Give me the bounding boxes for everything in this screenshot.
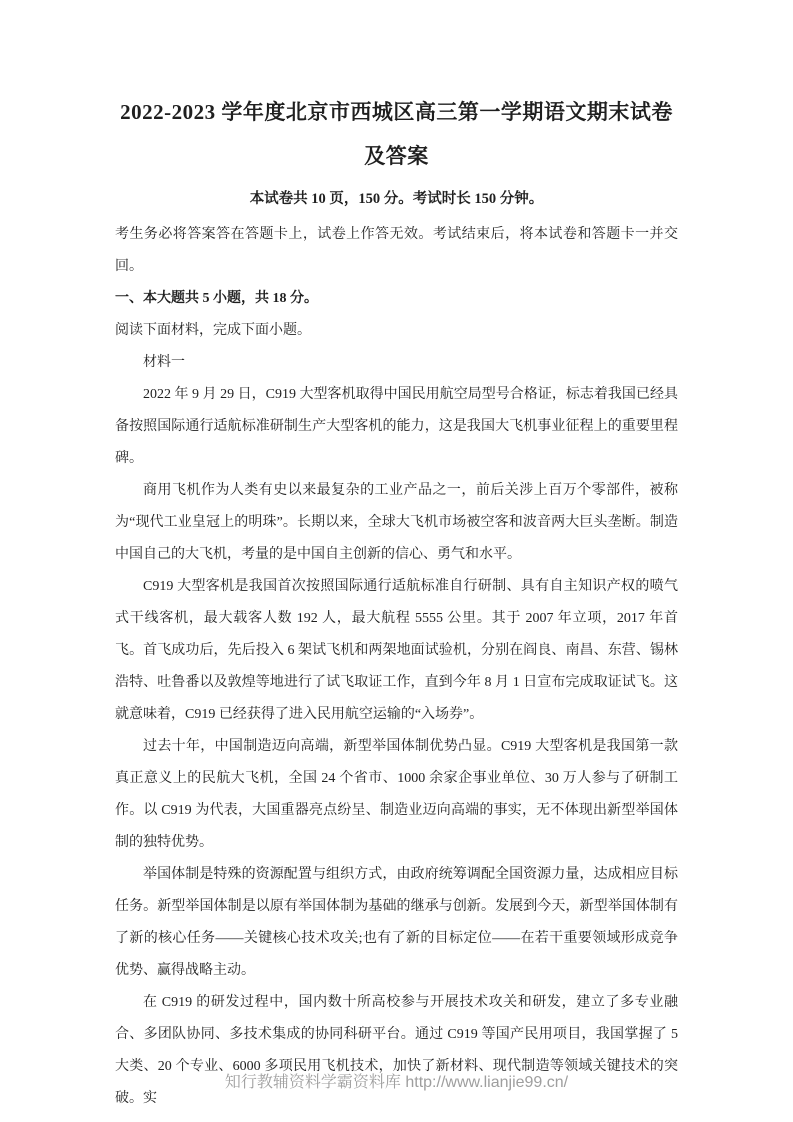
material-one-paragraph-4: 过去十年，中国制造迈向高端，新型举国体制优势凸显。C919 大型客机是我国第一款… [115, 731, 678, 859]
material-one-label: 材料一 [115, 347, 678, 379]
reading-instruction: 阅读下面材料，完成下面小题。 [115, 315, 678, 347]
watermark-site-link[interactable]: http://www.lianjie99.cn/ [405, 1074, 568, 1091]
candidate-notice: 考生务必将答案答在答题卡上，试卷上作答无效。考试结束后，将本试卷和答题卡一并交回… [115, 219, 678, 283]
material-one-paragraph-3: C919 大型客机是我国首次按照国际通行适航标准自行研制、具有自主知识产权的喷气… [115, 571, 678, 731]
exam-info-line: 本试卷共 10 页，150 分。考试时长 150 分钟。 [115, 184, 678, 214]
document-title: 2022-2023 学年度北京市西城区高三第一学期语文期末试卷 及答案 [115, 90, 678, 178]
document-title-line2: 及答案 [115, 134, 678, 178]
watermark-site-name: 知行教辅资料学霸资料库 [225, 1074, 401, 1091]
page-content: 2022-2023 学年度北京市西城区高三第一学期语文期末试卷 及答案 本试卷共… [115, 90, 678, 1115]
material-one-paragraph-1: 2022 年 9 月 29 日，C919 大型客机取得中国民用航空局型号合格证，… [115, 379, 678, 475]
material-one-paragraph-2: 商用飞机作为人类有史以来最复杂的工业产品之一，前后关涉上百万个零部件，被称为“现… [115, 475, 678, 571]
exam-paper-page: 2022-2023 学年度北京市西城区高三第一学期语文期末试卷 及答案 本试卷共… [0, 0, 793, 1122]
watermark-footer: 知行教辅资料学霸资料库 http://www.lianjie99.cn/ [0, 1069, 793, 1092]
material-one-paragraph-6: 在 C919 的研发过程中，国内数十所高校参与开展技术攻关和研发，建立了多专业融… [115, 987, 678, 1115]
document-title-line1: 2022-2023 学年度北京市西城区高三第一学期语文期末试卷 [115, 90, 678, 134]
section-one-heading: 一、本大题共 5 小题，共 18 分。 [115, 283, 678, 315]
material-one-paragraph-5: 举国体制是特殊的资源配置与组织方式，由政府统筹调配全国资源力量，达成相应目标任务… [115, 859, 678, 987]
